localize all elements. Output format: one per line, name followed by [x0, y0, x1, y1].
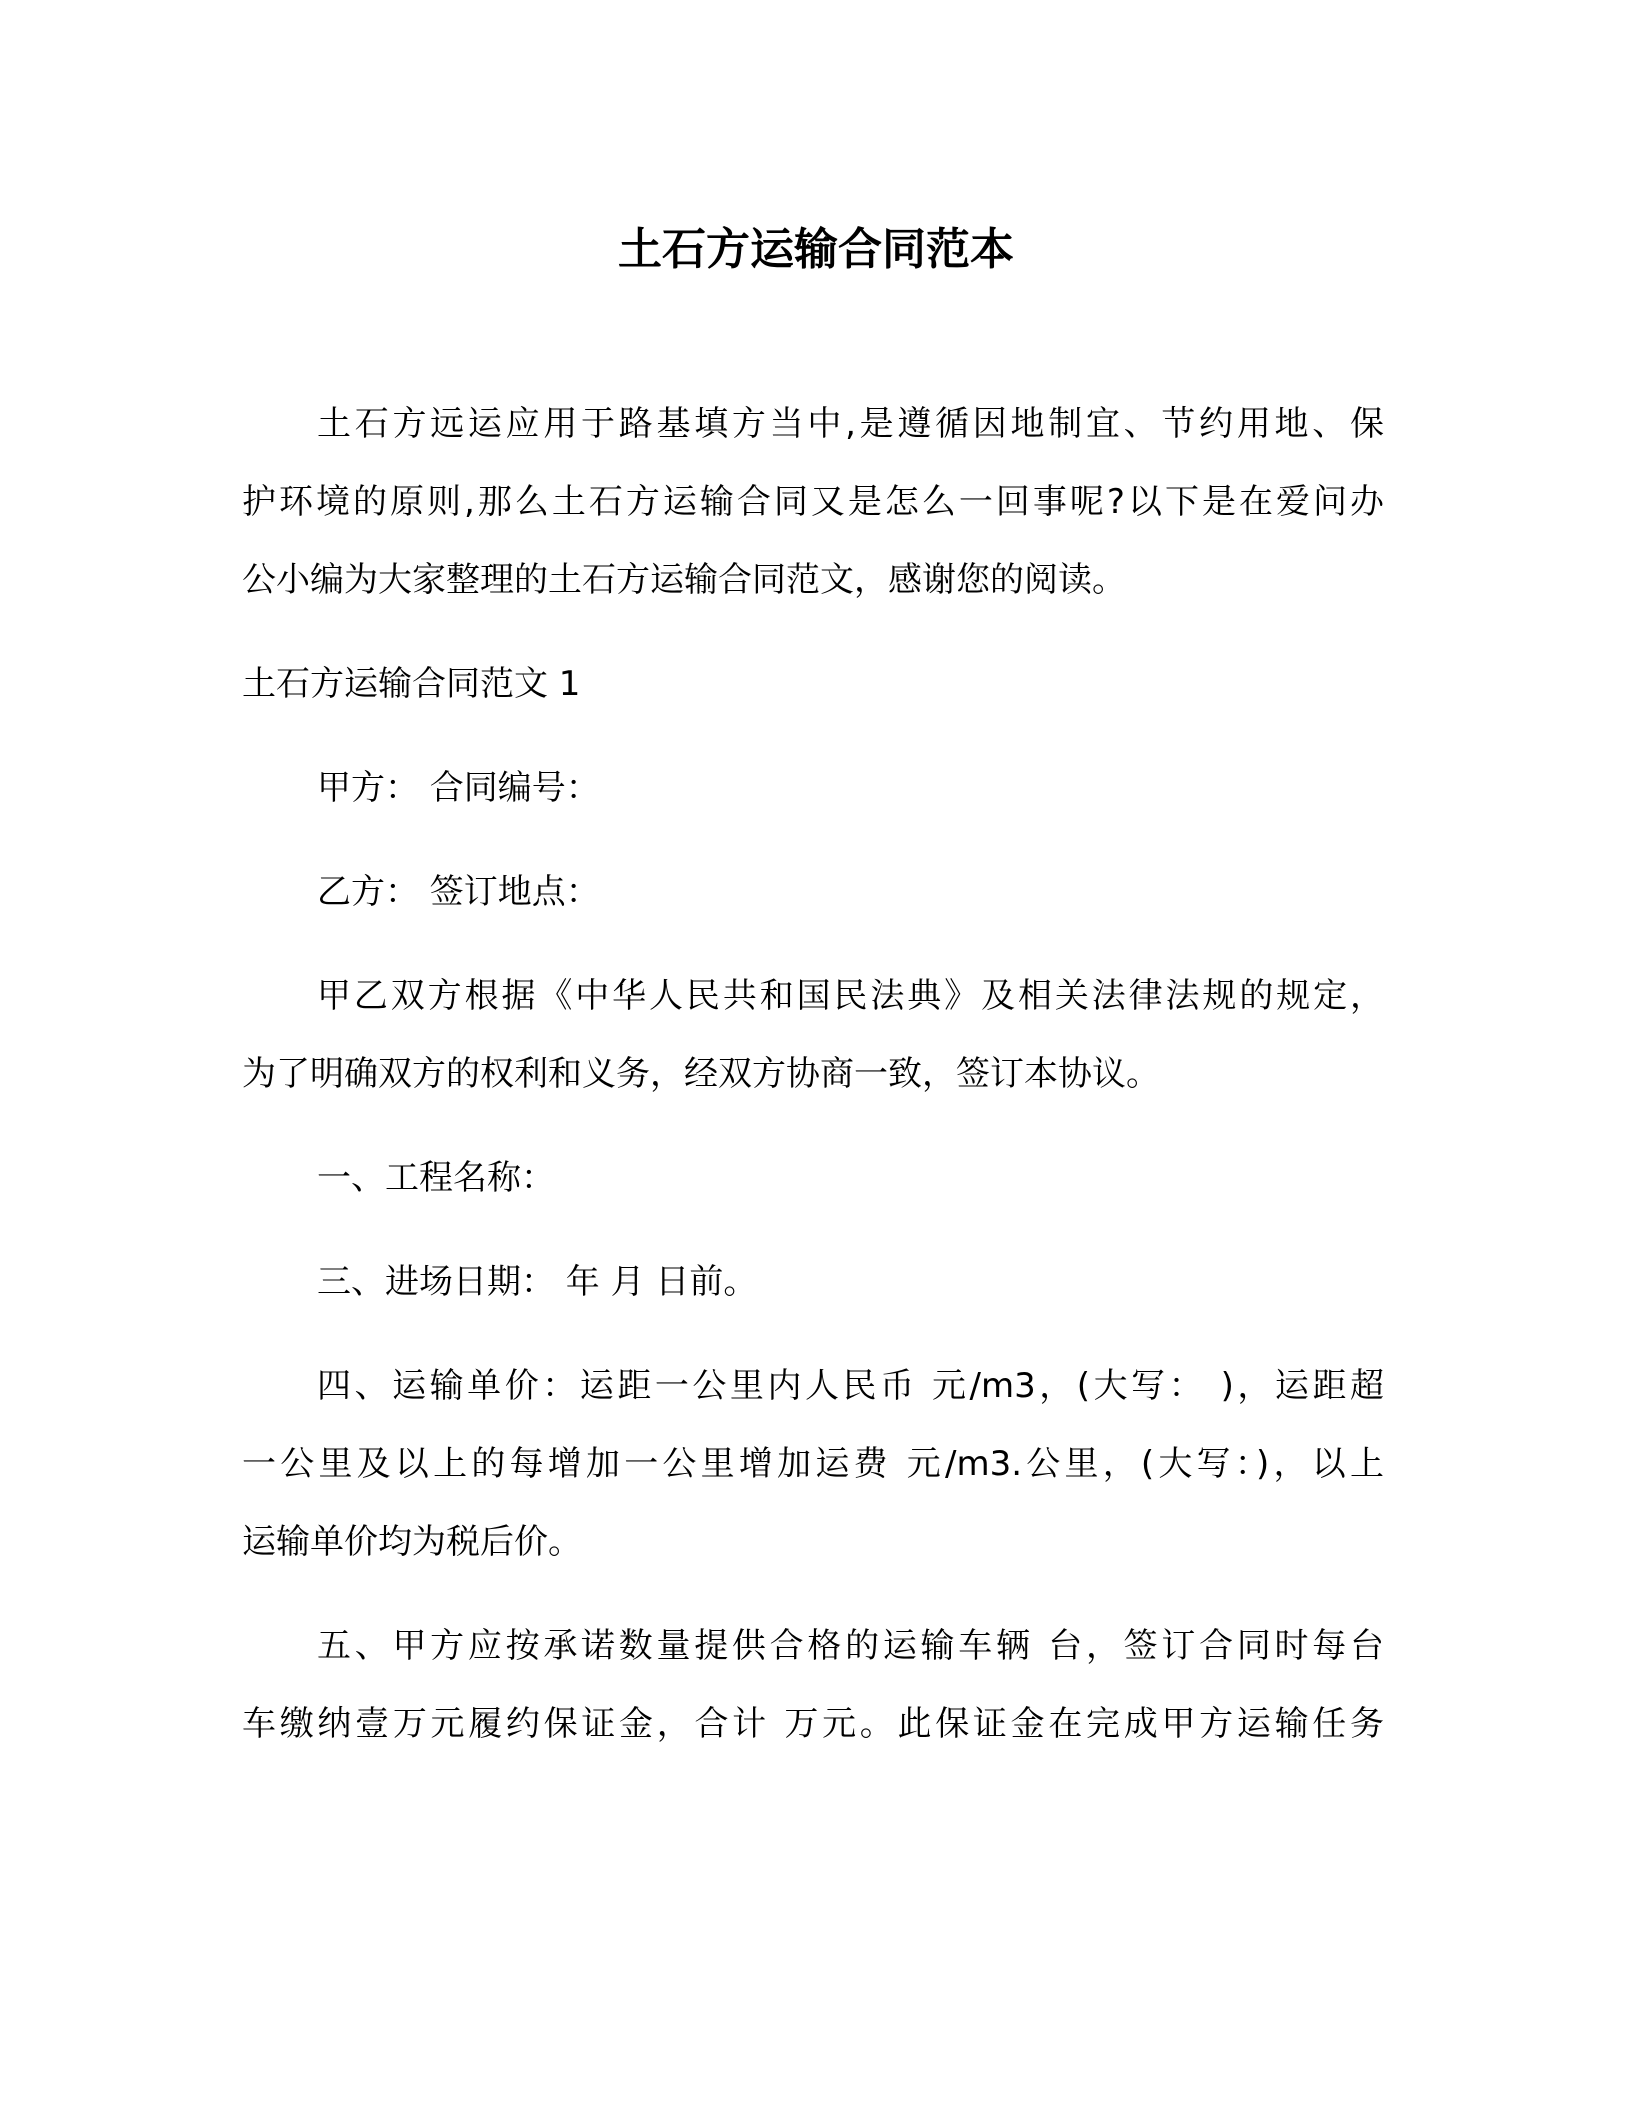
document-title: 土石方运输合同范本 [0, 220, 1632, 280]
paragraph-line: 甲乙双方根据《中华人民共和国民法典》及相关法律法规的规定， [242, 957, 1384, 1035]
paragraph-line: 为了明确双方的权利和义务，经双方协商一致，签订本协议。 [242, 1035, 1384, 1113]
party-b-line: 乙方： 签订地点： [242, 853, 1384, 931]
party-b-text: 乙方： 签订地点： [242, 853, 1384, 931]
clause-5-vehicles-deposit: 五、甲方应按承诺数量提供合格的运输车辆 台，签订合同时每台 车缴纳壹万元履约保证… [242, 1607, 1384, 1763]
document-page: 土石方运输合同范本 土石方远运应用于路基填方当中,是遵循因地制宜、节约用地、保 … [0, 0, 1632, 2112]
party-a-line: 甲方： 合同编号： [242, 749, 1384, 827]
section-heading: 土石方运输合同范文 1 [242, 645, 1384, 723]
party-a-text: 甲方： 合同编号： [242, 749, 1384, 827]
document-body: 土石方远运应用于路基填方当中,是遵循因地制宜、节约用地、保 护环境的原则,那么土… [242, 385, 1384, 1789]
paragraph-line: 一公里及以上的每增加一公里增加运费 元/m3.公里，(大写：)，以上 [242, 1425, 1384, 1503]
clause-text: 一、工程名称： [242, 1139, 1384, 1217]
paragraph-line: 公小编为大家整理的土石方运输合同范文，感谢您的阅读。 [242, 541, 1384, 619]
paragraph-line: 四、运输单价：运距一公里内人民币 元/m3，(大写： )，运距超 [242, 1347, 1384, 1425]
clause-4-unit-price: 四、运输单价：运距一公里内人民币 元/m3，(大写： )，运距超 一公里及以上的… [242, 1347, 1384, 1581]
paragraph-line: 护环境的原则,那么土石方运输合同又是怎么一回事呢?以下是在爱问办 [242, 463, 1384, 541]
preamble-paragraph: 甲乙双方根据《中华人民共和国民法典》及相关法律法规的规定， 为了明确双方的权利和… [242, 957, 1384, 1113]
paragraph-line: 五、甲方应按承诺数量提供合格的运输车辆 台，签订合同时每台 [242, 1607, 1384, 1685]
paragraph-line: 车缴纳壹万元履约保证金，合计 万元。此保证金在完成甲方运输任务 [242, 1685, 1384, 1763]
intro-paragraph: 土石方远运应用于路基填方当中,是遵循因地制宜、节约用地、保 护环境的原则,那么土… [242, 385, 1384, 619]
clause-text: 三、进场日期： 年 月 日前。 [242, 1243, 1384, 1321]
section-heading-text: 土石方运输合同范文 1 [242, 645, 1384, 723]
paragraph-line: 土石方远运应用于路基填方当中,是遵循因地制宜、节约用地、保 [242, 385, 1384, 463]
clause-1-project-name: 一、工程名称： [242, 1139, 1384, 1217]
clause-3-entry-date: 三、进场日期： 年 月 日前。 [242, 1243, 1384, 1321]
paragraph-line: 运输单价均为税后价。 [242, 1503, 1384, 1581]
